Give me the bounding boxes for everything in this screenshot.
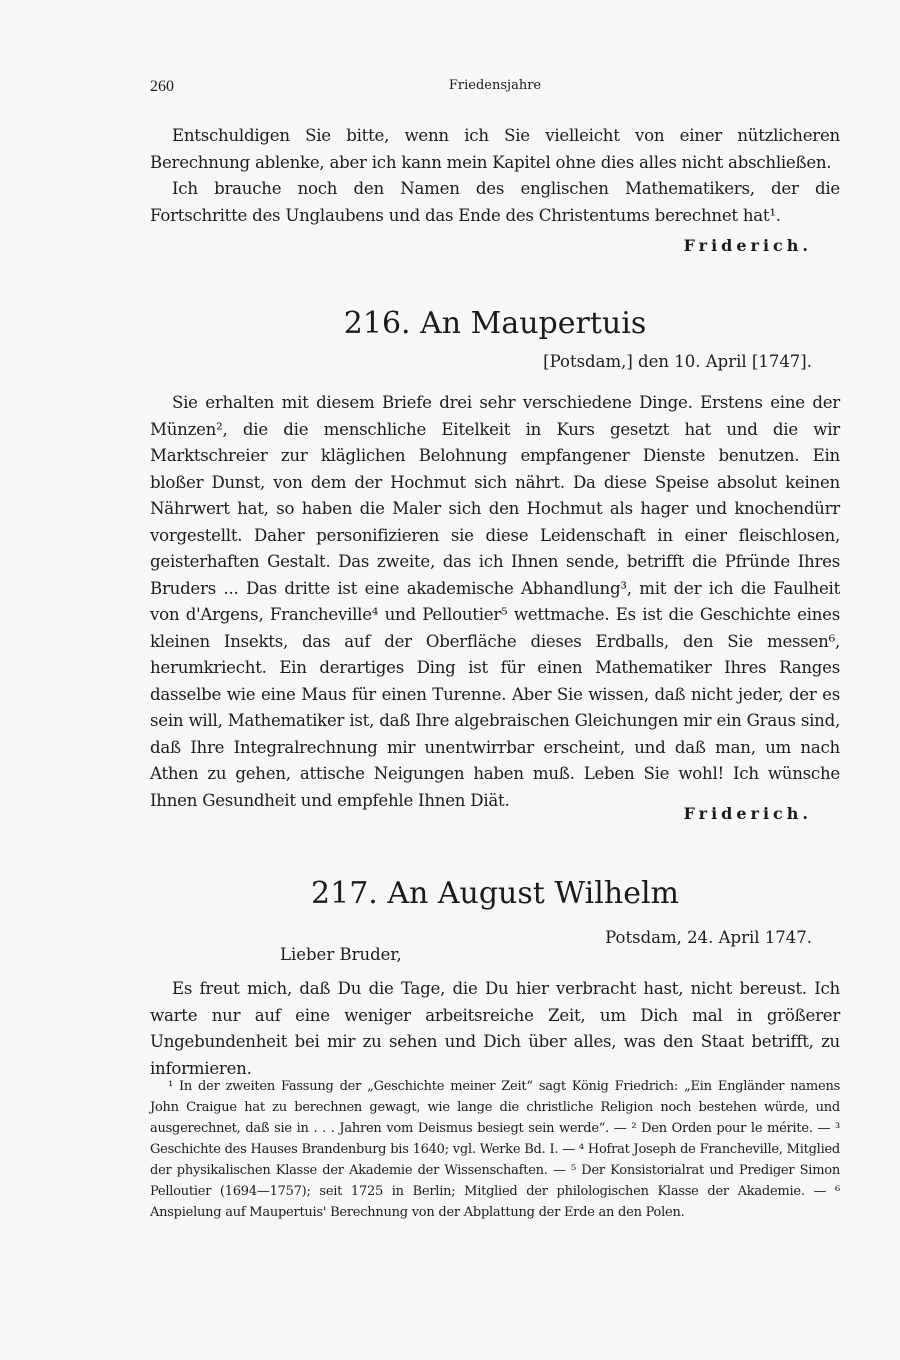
paragraph: Entschuldigen Sie bitte, wenn ich Sie vi… (150, 123, 840, 176)
letter-217-body: Es freut mich, daß Du die Tage, die Du h… (150, 976, 840, 1082)
letter-heading-217: 217. An August Wilhelm (150, 876, 840, 911)
footnotes: ¹ In der zweiten Fassung der „Geschichte… (150, 1076, 840, 1223)
signature: Friderich. (684, 804, 812, 823)
paragraph: Ich brauche noch den Namen des englische… (150, 176, 840, 229)
salutation: Lieber Bruder, (280, 945, 402, 964)
running-head: 260 Friedensjahre (150, 78, 840, 100)
letter-heading-216: 216. An Maupertuis (150, 306, 840, 341)
signature: Friderich. (684, 236, 812, 255)
paragraph: Es freut mich, daß Du die Tage, die Du h… (150, 976, 840, 1082)
footnote-text: ¹ In der zweiten Fassung der „Geschichte… (150, 1076, 840, 1223)
dateline-217: Potsdam, 24. April 1747. (605, 928, 812, 947)
paragraph: Sie erhalten mit diesem Briefe drei sehr… (150, 390, 840, 814)
running-title: Friedensjahre (150, 78, 840, 93)
previous-letter-ending: Entschuldigen Sie bitte, wenn ich Sie vi… (150, 123, 840, 229)
letter-216-body: Sie erhalten mit diesem Briefe drei sehr… (150, 390, 840, 814)
dateline-216: [Potsdam,] den 10. April [1747]. (543, 352, 812, 371)
